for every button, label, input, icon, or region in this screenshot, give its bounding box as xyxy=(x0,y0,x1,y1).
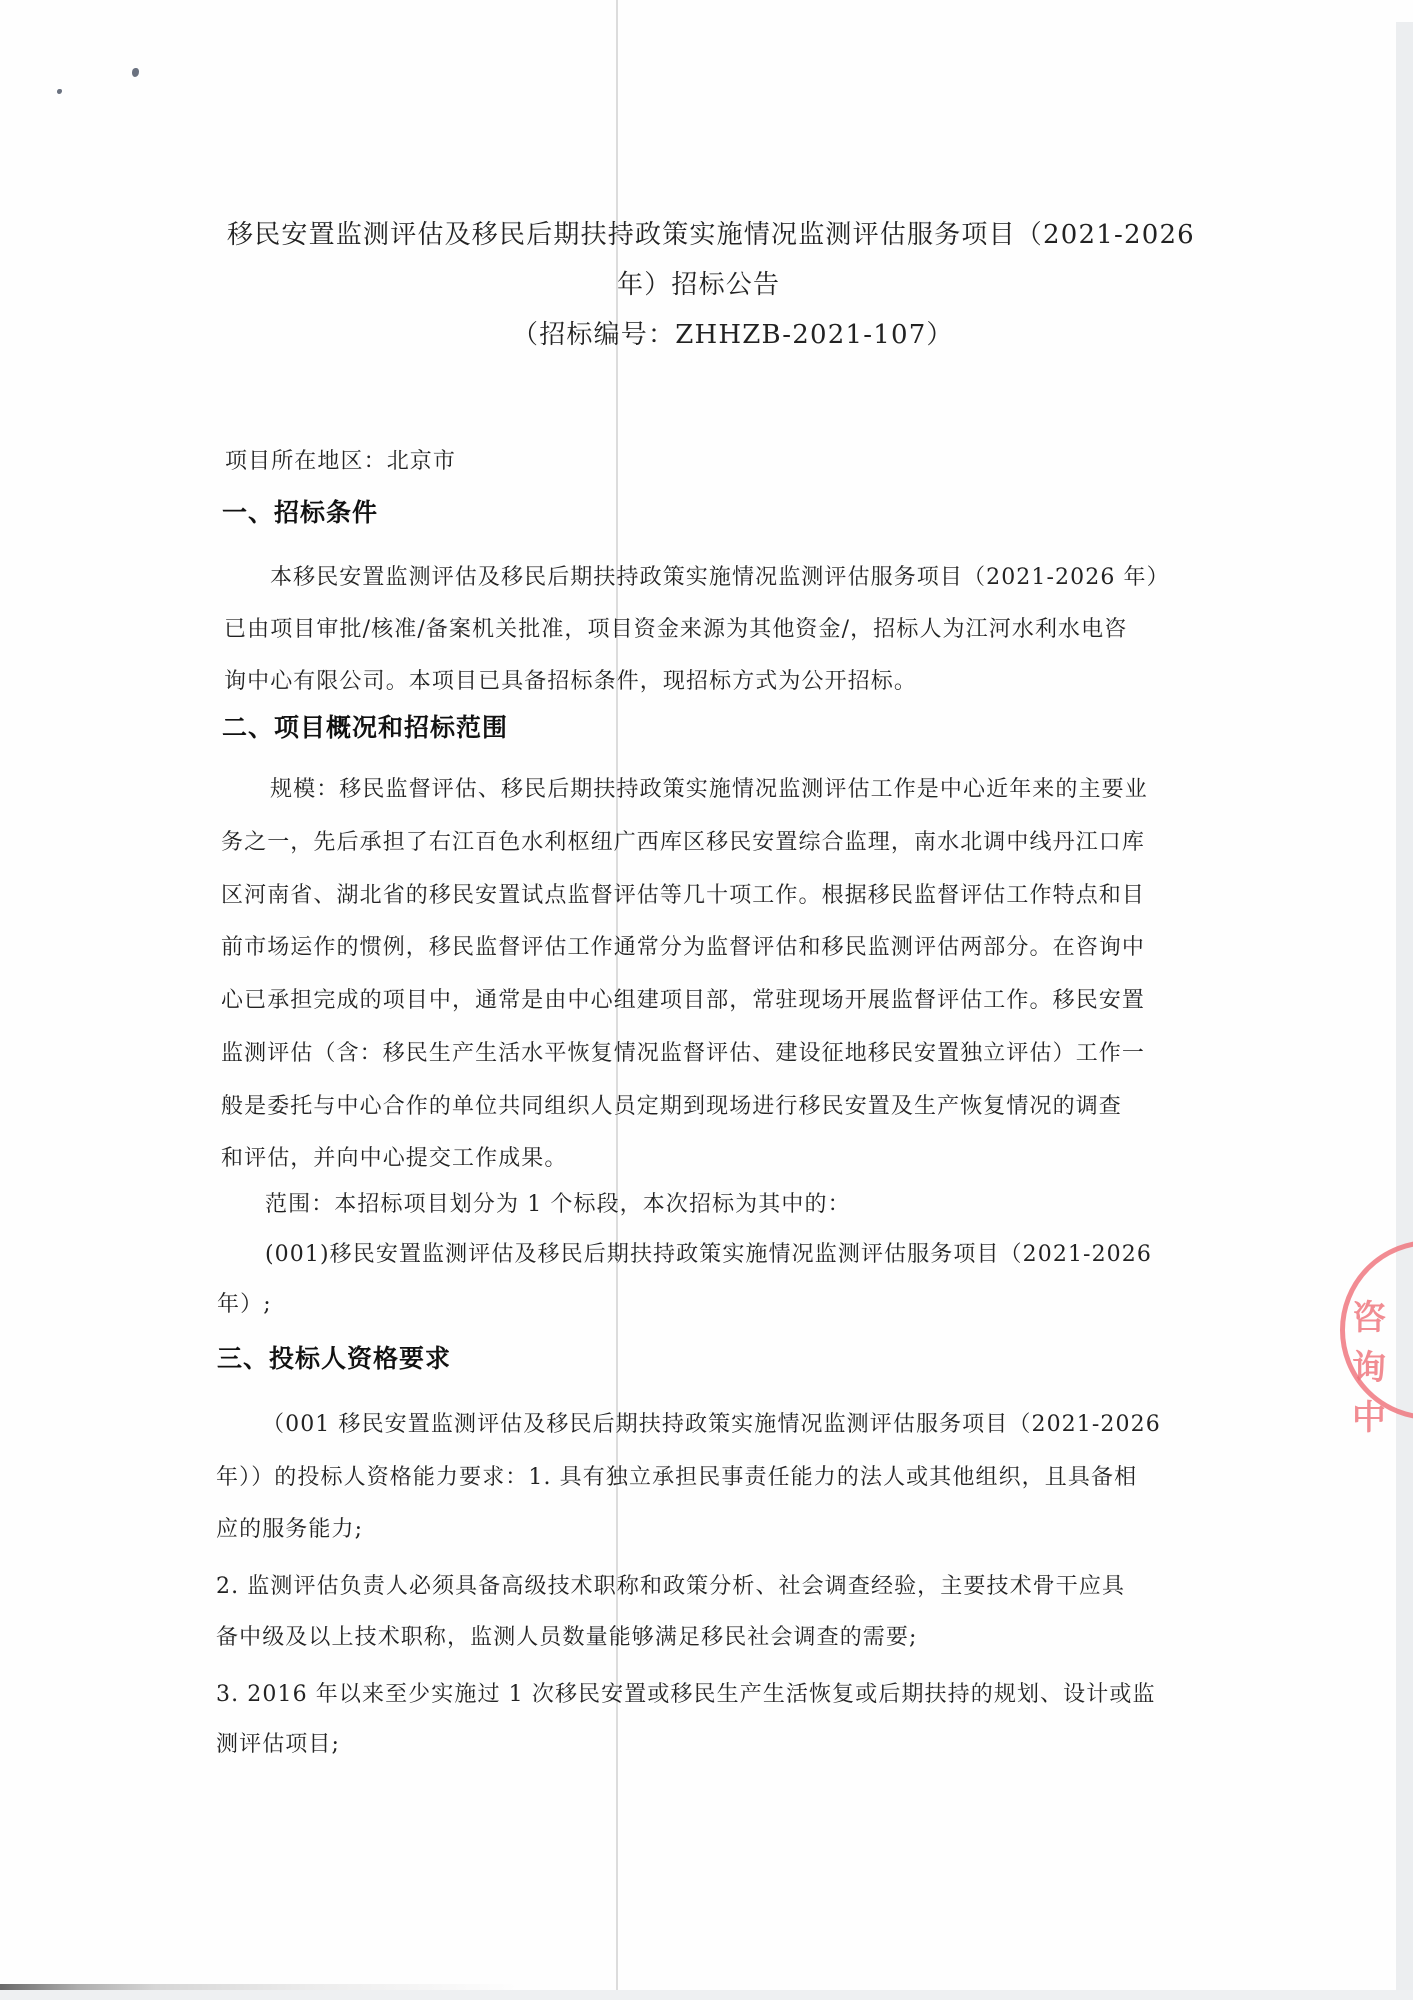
paragraph-line: 应的服务能力; xyxy=(216,1515,363,1545)
scan-shadow xyxy=(0,1984,520,1990)
paragraph-line: 备中级及以上技术职称，监测人员数量能够满足移民社会调查的需要; xyxy=(216,1623,918,1653)
paragraph-line: 心已承担完成的项目中，通常是由中心组建项目部，常驻现场开展监督评估工作。移民安置 xyxy=(221,986,1145,1016)
paragraph-line: 询中心有限公司。本项目已具备招标条件，现招标方式为公开招标。 xyxy=(224,667,917,697)
lot-line: (001)移民安置监测评估及移民后期扶持政策实施情况监测评估服务项目（2021-… xyxy=(265,1240,1152,1270)
scan-bottom-strip xyxy=(0,1990,1413,2000)
scanned-page: 移民安置监测评估及移民后期扶持政策实施情况监测评估服务项目（2021-2026 … xyxy=(0,0,1413,2000)
seal-char: 询 xyxy=(1352,1340,1386,1389)
paragraph-line: 和评估，并向中心提交工作成果。 xyxy=(221,1144,568,1174)
paragraph-line: 区河南省、湖北省的移民安置试点监督评估等几十项工作。根据移民监督评估工作特点和目 xyxy=(221,881,1145,911)
tender-number: （招标编号：ZHHZB-2021-107） xyxy=(512,318,954,352)
section-heading-3: 三、投标人资格要求 xyxy=(217,1344,451,1374)
project-location: 项目所在地区：北京市 xyxy=(225,447,456,477)
document-title-line-2: 年）招标公告 xyxy=(617,268,780,302)
paragraph-line: 年））的投标人资格能力要求：1. 具有独立承担民事责任能力的法人或其他组织，且具… xyxy=(216,1463,1137,1493)
section-heading-2: 二、项目概况和招标范围 xyxy=(222,713,508,743)
paragraph-line: 监测评估（含：移民生产生活水平恢复情况监督评估、建设征地移民安置独立评估）工作一 xyxy=(221,1039,1145,1069)
scan-edge-strip xyxy=(1396,22,1413,1997)
scope-line: 范围：本招标项目划分为 1 个标段，本次招标为其中的： xyxy=(265,1190,851,1220)
paragraph-line: 般是委托与中心合作的单位共同组织人员定期到现场进行移民安置及生产恢复情况的调查 xyxy=(221,1092,1122,1122)
seal-char: 咨 xyxy=(1352,1290,1386,1339)
paragraph-line: 务之一，先后承担了右江百色水利枢纽广西库区移民安置综合监理，南水北调中线丹江口库 xyxy=(221,828,1145,858)
paragraph-line: 测评估项目; xyxy=(216,1730,340,1760)
paragraph-line: （001 移民安置监测评估及移民后期扶持政策实施情况监测评估服务项目（2021-… xyxy=(262,1410,1161,1440)
seal-char: 中 xyxy=(1352,1390,1386,1439)
paragraph-line: 已由项目审批/核准/备案机关批准，项目资金来源为其他资金/，招标人为江河水利水电… xyxy=(224,615,1127,645)
requirement-item: 3. 2016 年以来至少实施过 1 次移民安置或移民生产生活恢复或后期扶持的规… xyxy=(216,1680,1156,1710)
scan-speck xyxy=(57,89,62,94)
requirement-item: 2. 监测评估负责人必须具备高级技术职称和政策分析、社会调查经验，主要技术骨干应… xyxy=(216,1572,1125,1602)
scan-speck xyxy=(132,68,139,77)
paragraph-line: 规模：移民监督评估、移民后期扶持政策实施情况监测评估工作是中心近年来的主要业 xyxy=(270,775,1148,805)
document-title-line-1: 移民安置监测评估及移民后期扶持政策实施情况监测评估服务项目（2021-2026 xyxy=(227,218,1195,252)
section-heading-1: 一、招标条件 xyxy=(222,498,378,528)
paragraph-line: 前市场运作的惯例，移民监督评估工作通常分为监督评估和移民监测评估两部分。在咨询中 xyxy=(221,933,1145,963)
paragraph-line: 本移民安置监测评估及移民后期扶持政策实施情况监测评估服务项目（2021-2026… xyxy=(270,563,1170,593)
lot-line: 年）; xyxy=(217,1290,272,1320)
